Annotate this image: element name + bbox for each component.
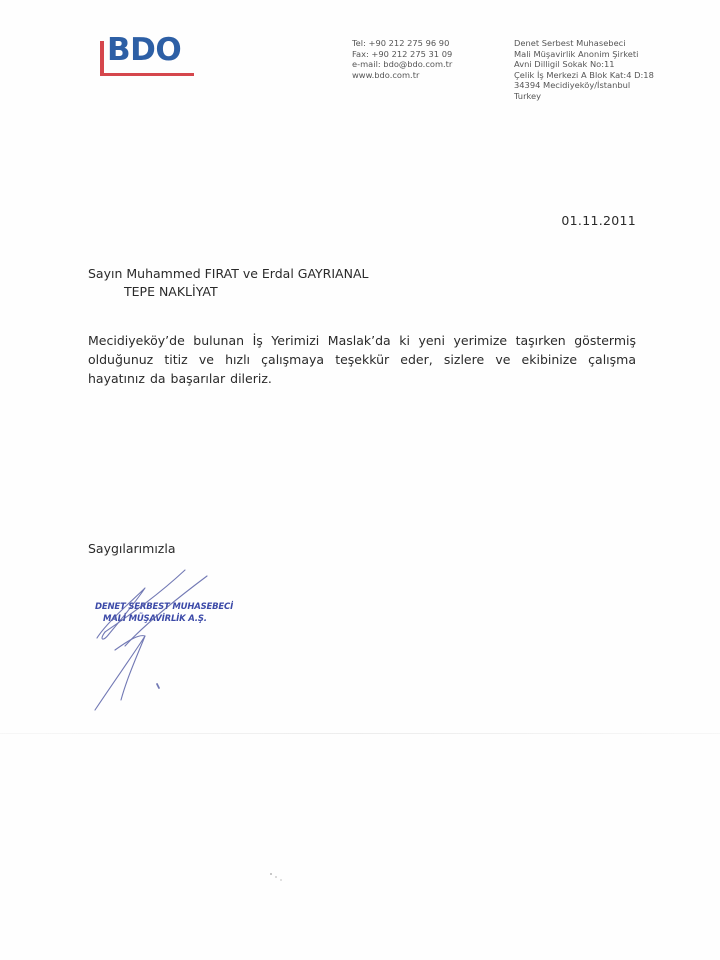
address-line: Turkey bbox=[514, 91, 654, 102]
address-line: Avni Dilligil Sokak No:11 bbox=[514, 59, 654, 70]
letter-page: BDO Tel: +90 212 275 96 90 Fax: +90 212 … bbox=[0, 0, 720, 960]
letter-date: 01.11.2011 bbox=[561, 213, 636, 228]
recipient-company: TEPE NAKLİYAT bbox=[88, 283, 368, 301]
recipient-block: Sayın Muhammed FIRAT ve Erdal GAYRIANAL … bbox=[88, 265, 368, 301]
letter-closing: Saygılarımızla bbox=[88, 541, 176, 556]
stamp-line-2: MALİ MÜŞAVİRLİK A.Ş. bbox=[95, 613, 233, 625]
contact-info: Tel: +90 212 275 96 90 Fax: +90 212 275 … bbox=[352, 38, 452, 80]
contact-email: e-mail: bdo@bdo.com.tr bbox=[352, 59, 452, 70]
address-line: Çelik İş Merkezi A Blok Kat:4 D:18 bbox=[514, 70, 654, 81]
contact-fax: Fax: +90 212 275 31 09 bbox=[352, 49, 452, 60]
logo-red-bar-vertical bbox=[100, 41, 104, 76]
contact-website: www.bdo.com.tr bbox=[352, 70, 452, 81]
logo-red-bar-horizontal bbox=[100, 73, 194, 76]
handwritten-signature bbox=[85, 560, 225, 720]
recipient-salutation: Sayın Muhammed FIRAT ve Erdal GAYRIANAL bbox=[88, 265, 368, 283]
stamp-line-1: DENET SERBEST MUHASEBECİ bbox=[95, 601, 233, 613]
bdo-logo: BDO bbox=[100, 38, 196, 78]
scan-artifact-specks bbox=[268, 870, 288, 885]
address-line: Mali Müşavirlik Anonim Şirketi bbox=[514, 49, 654, 60]
scan-artifact-line bbox=[0, 733, 720, 734]
company-address: Denet Serbest Muhasebeci Mali Müşavirlik… bbox=[514, 38, 654, 101]
logo-text: BDO bbox=[107, 35, 181, 66]
address-line: 34394 Mecidiyeköy/İstanbul bbox=[514, 80, 654, 91]
letter-body: Mecidiyeköy’de bulunan İş Yerimizi Masla… bbox=[88, 331, 636, 388]
address-line: Denet Serbest Muhasebeci bbox=[514, 38, 654, 49]
company-stamp: DENET SERBEST MUHASEBECİ MALİ MÜŞAVİRLİK… bbox=[95, 601, 233, 625]
contact-phone: Tel: +90 212 275 96 90 bbox=[352, 38, 452, 49]
